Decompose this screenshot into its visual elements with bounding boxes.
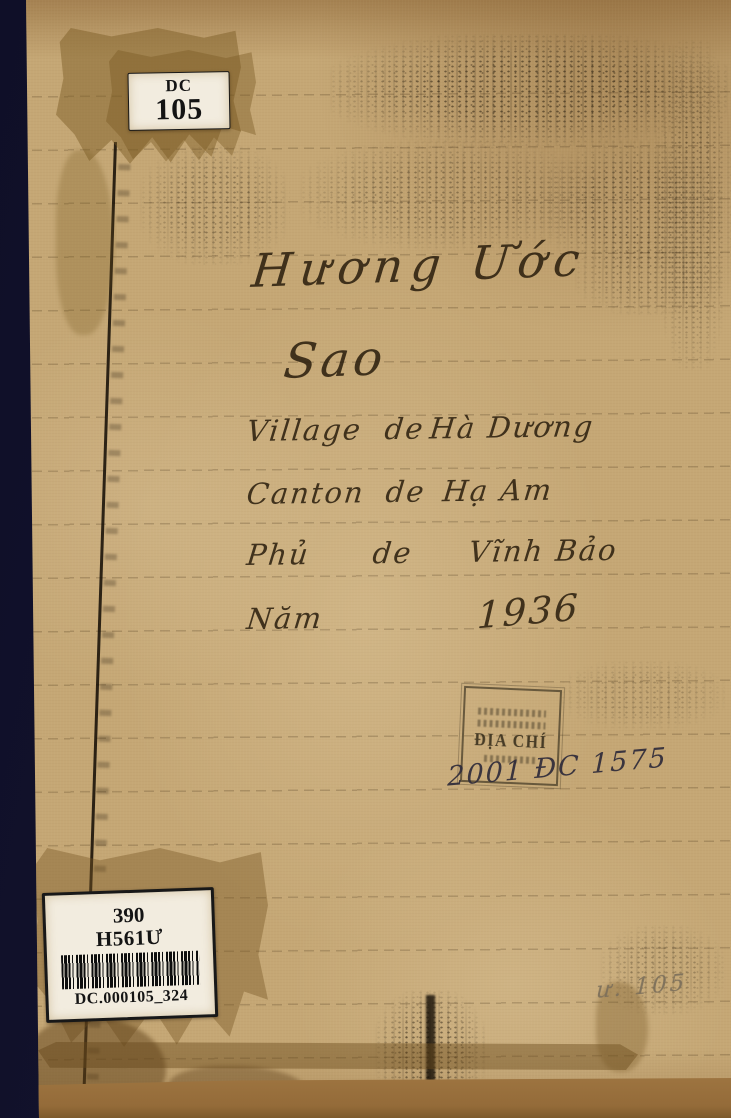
barcode-label-bottom: 390 H561Ư DC.000105_324 bbox=[42, 887, 218, 1023]
field-value: Hạ Am bbox=[441, 473, 555, 509]
field-particle: de bbox=[383, 411, 426, 446]
field-value: Vĩnh Bảo bbox=[467, 533, 620, 569]
spine-shadow bbox=[0, 0, 30, 1118]
stamp-text: ĐỊA CHÍ bbox=[474, 730, 548, 754]
photo-background: Hương Ước Sao Village de Hà Dương Canton… bbox=[0, 0, 731, 1118]
barcode bbox=[61, 950, 200, 989]
field-name: Năm bbox=[245, 601, 325, 636]
book-cover: Hương Ước Sao Village de Hà Dương Canton… bbox=[0, 0, 731, 1118]
ink-stain-patch bbox=[575, 235, 725, 315]
call-number-value: 105 bbox=[155, 95, 204, 126]
book-bottom-edge bbox=[30, 1078, 731, 1118]
field-name: Village bbox=[245, 412, 364, 448]
stamp-faded-text-row bbox=[478, 708, 546, 718]
classification-number: 390 bbox=[112, 903, 144, 927]
handwritten-subtitle: Sao bbox=[281, 330, 389, 390]
field-particle: de bbox=[371, 536, 414, 571]
field-value: 1936 bbox=[476, 586, 580, 637]
field-value: Hà Dương bbox=[428, 409, 596, 445]
barcode-text: DC.000105_324 bbox=[74, 986, 188, 1008]
field-name: Phủ bbox=[245, 537, 312, 572]
stamp-faded-text-row bbox=[478, 720, 546, 730]
cutter-number: H561Ư bbox=[95, 925, 163, 950]
call-number-label-top: DC 105 bbox=[128, 71, 231, 131]
ink-stain-patch bbox=[560, 660, 725, 730]
field-particle: de bbox=[384, 474, 427, 509]
field-name: Canton bbox=[245, 475, 367, 511]
